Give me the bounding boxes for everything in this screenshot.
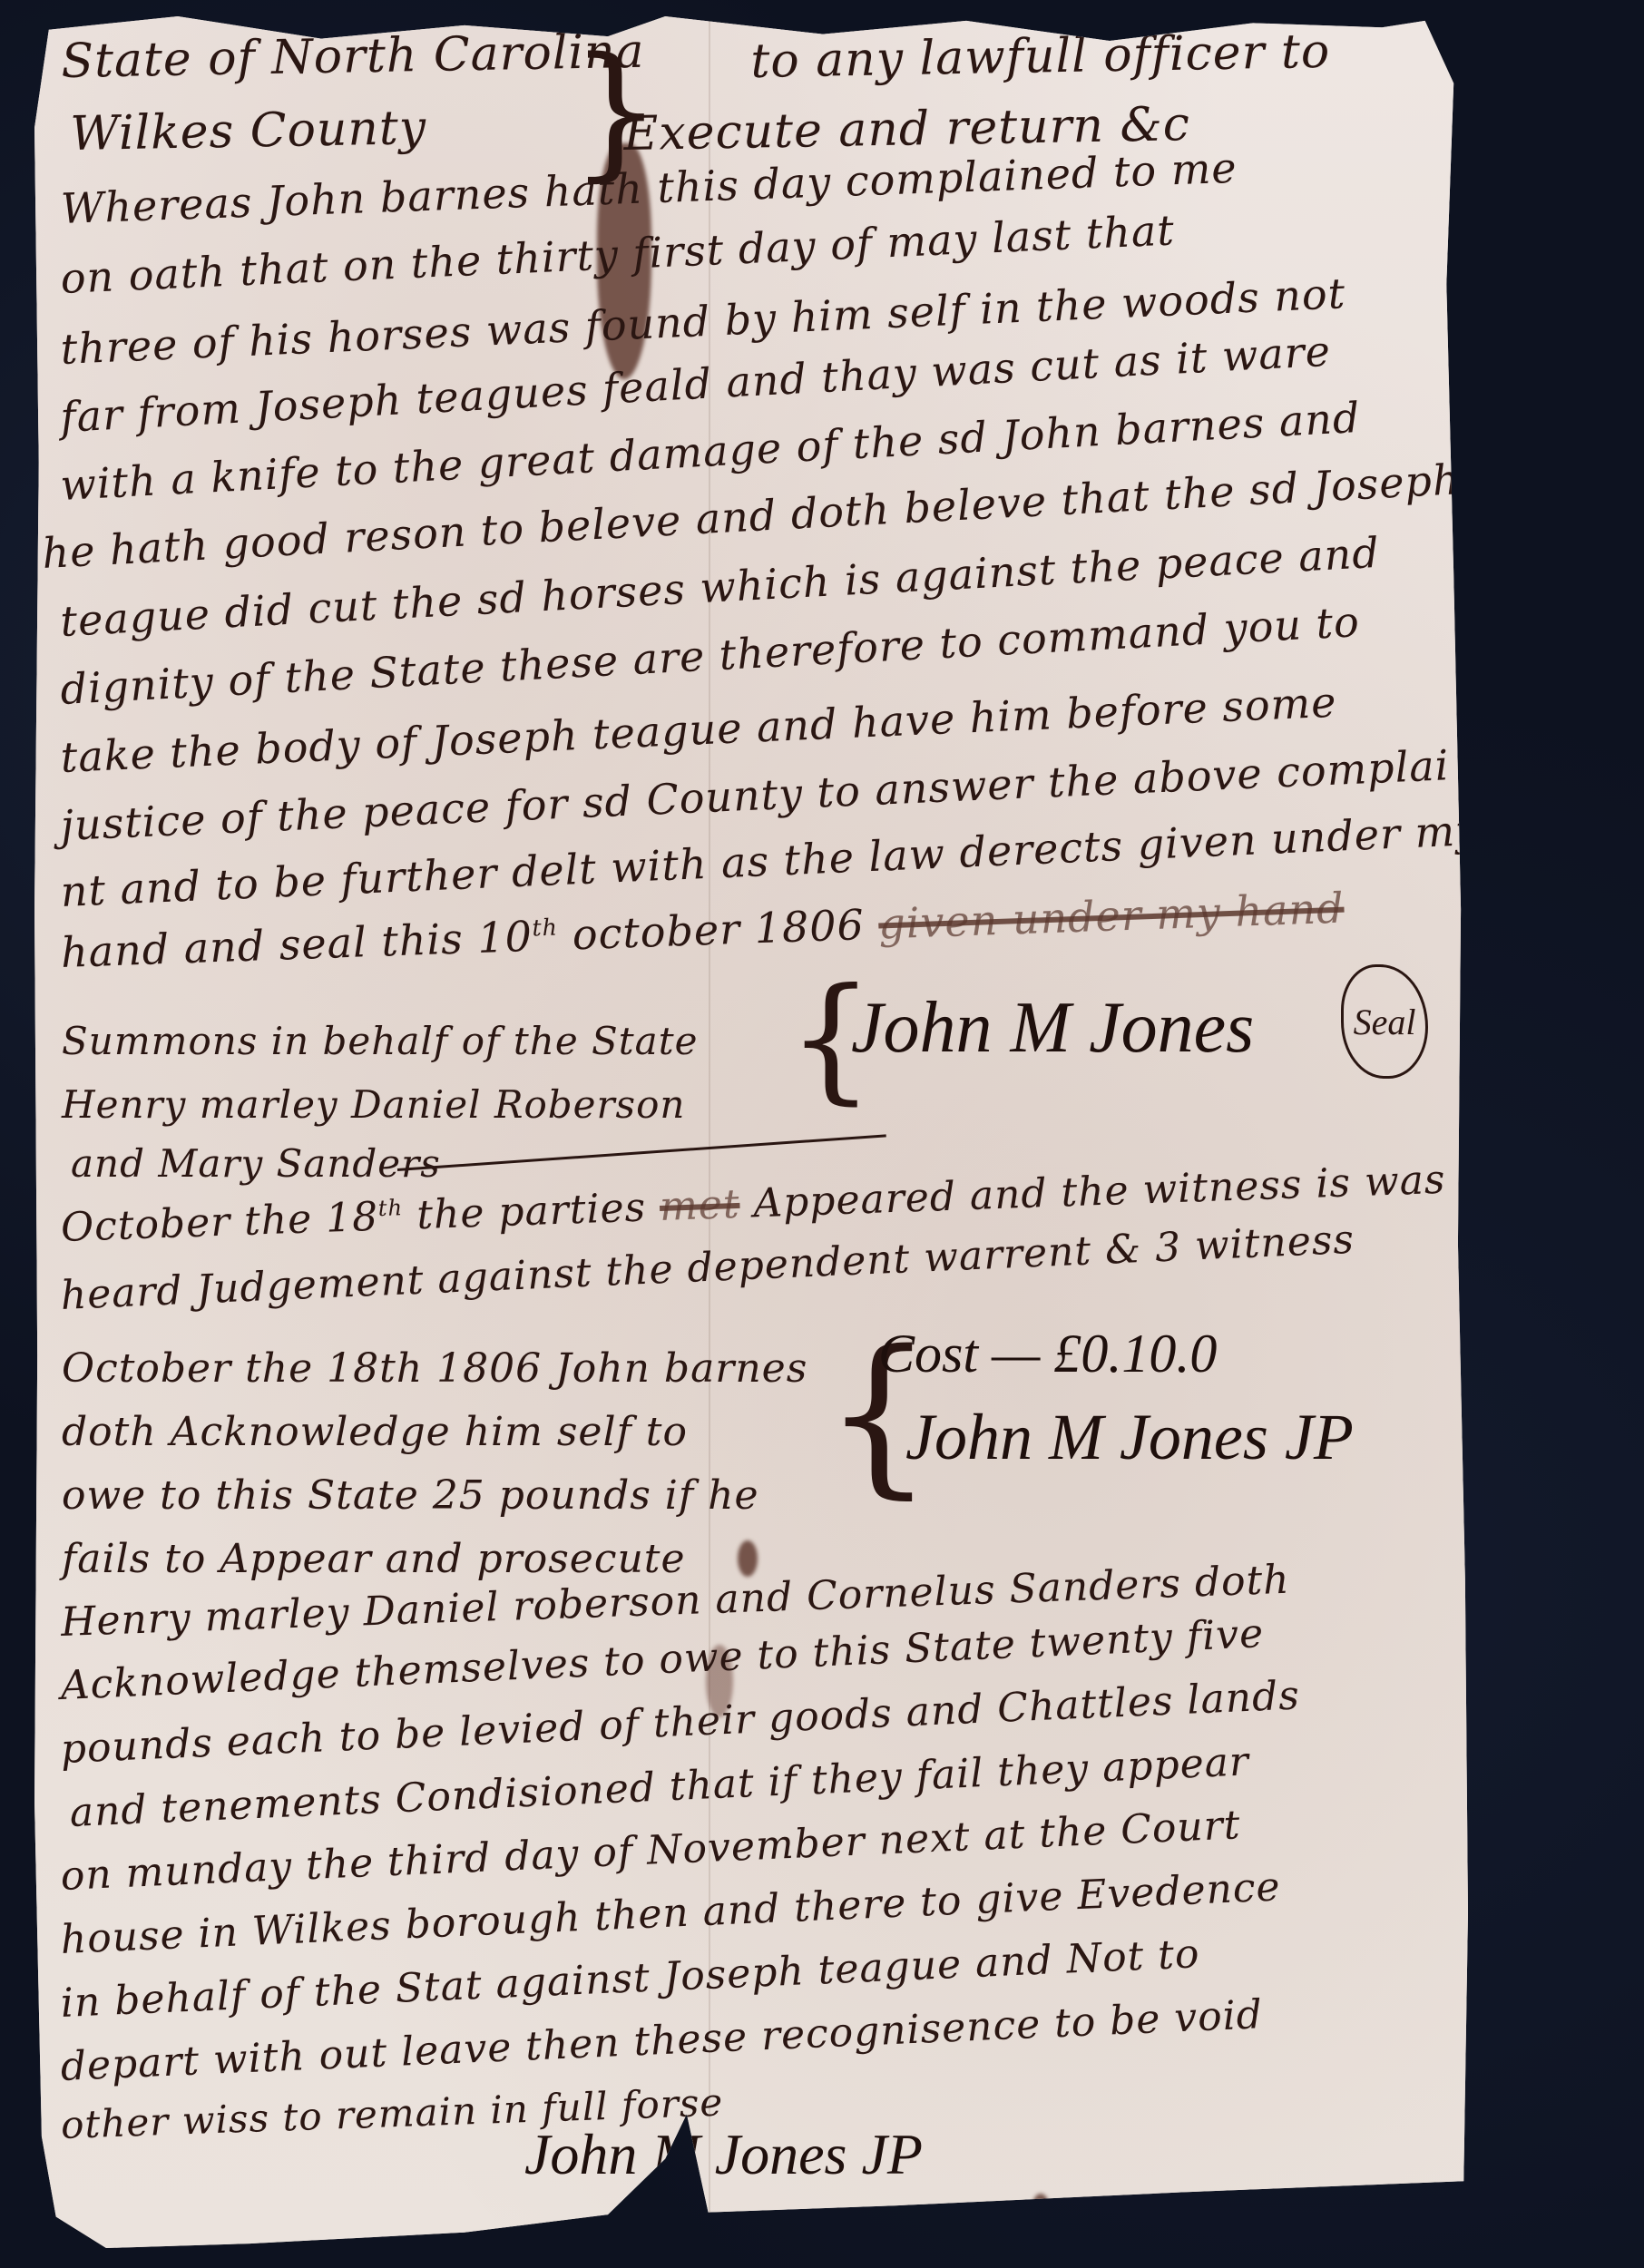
manuscript-page: State of North Carolina Wilkes County to… (34, 16, 1468, 2248)
signature-final: John M Jones JP (524, 2121, 923, 2188)
cost-amount: Cost — £0.10.0 (878, 1323, 1217, 1385)
recognizance-line: fails to Appear and prosecute (62, 1536, 686, 1582)
signature-john-m-jones: John M Jones (851, 987, 1254, 1070)
date-prefix: hand and seal this 10 (60, 912, 533, 977)
seal-mark: Seal (1341, 964, 1428, 1079)
recognizance-line: doth Acknowledge him self to (62, 1409, 688, 1455)
recognizance-line: owe to this State 25 pounds if he (62, 1472, 759, 1519)
judgment-date: October the 18 (60, 1194, 379, 1251)
signature-john-m-jones-jp: John M Jones JP (905, 1400, 1354, 1475)
judgment-parties: the parties (402, 1185, 646, 1239)
struck-text: met (659, 1181, 740, 1230)
divider-rule (397, 1134, 886, 1171)
heading-addressee: to any lawfull officer to (750, 24, 1331, 89)
struck-text: given under my hand (877, 884, 1345, 949)
ink-blot-middle (738, 1540, 758, 1577)
heading-state: State of North Carolina (61, 24, 645, 89)
summons-line: and Mary Sanders (71, 1141, 441, 1186)
seal-label: Seal (1354, 1001, 1416, 1043)
heading-county: Wilkes County (70, 101, 427, 161)
recognizance-line: October the 18th 1806 John barnes (62, 1345, 807, 1392)
judgment-date-suffix: th (377, 1195, 403, 1221)
date-suffix: th (532, 914, 558, 942)
summons-line: Henry marley Daniel Roberson (62, 1082, 685, 1127)
summons-line: Summons in behalf of the State (62, 1019, 698, 1063)
ink-dot-bottom (1032, 2194, 1049, 2219)
date-rest: october 1806 (557, 900, 865, 960)
